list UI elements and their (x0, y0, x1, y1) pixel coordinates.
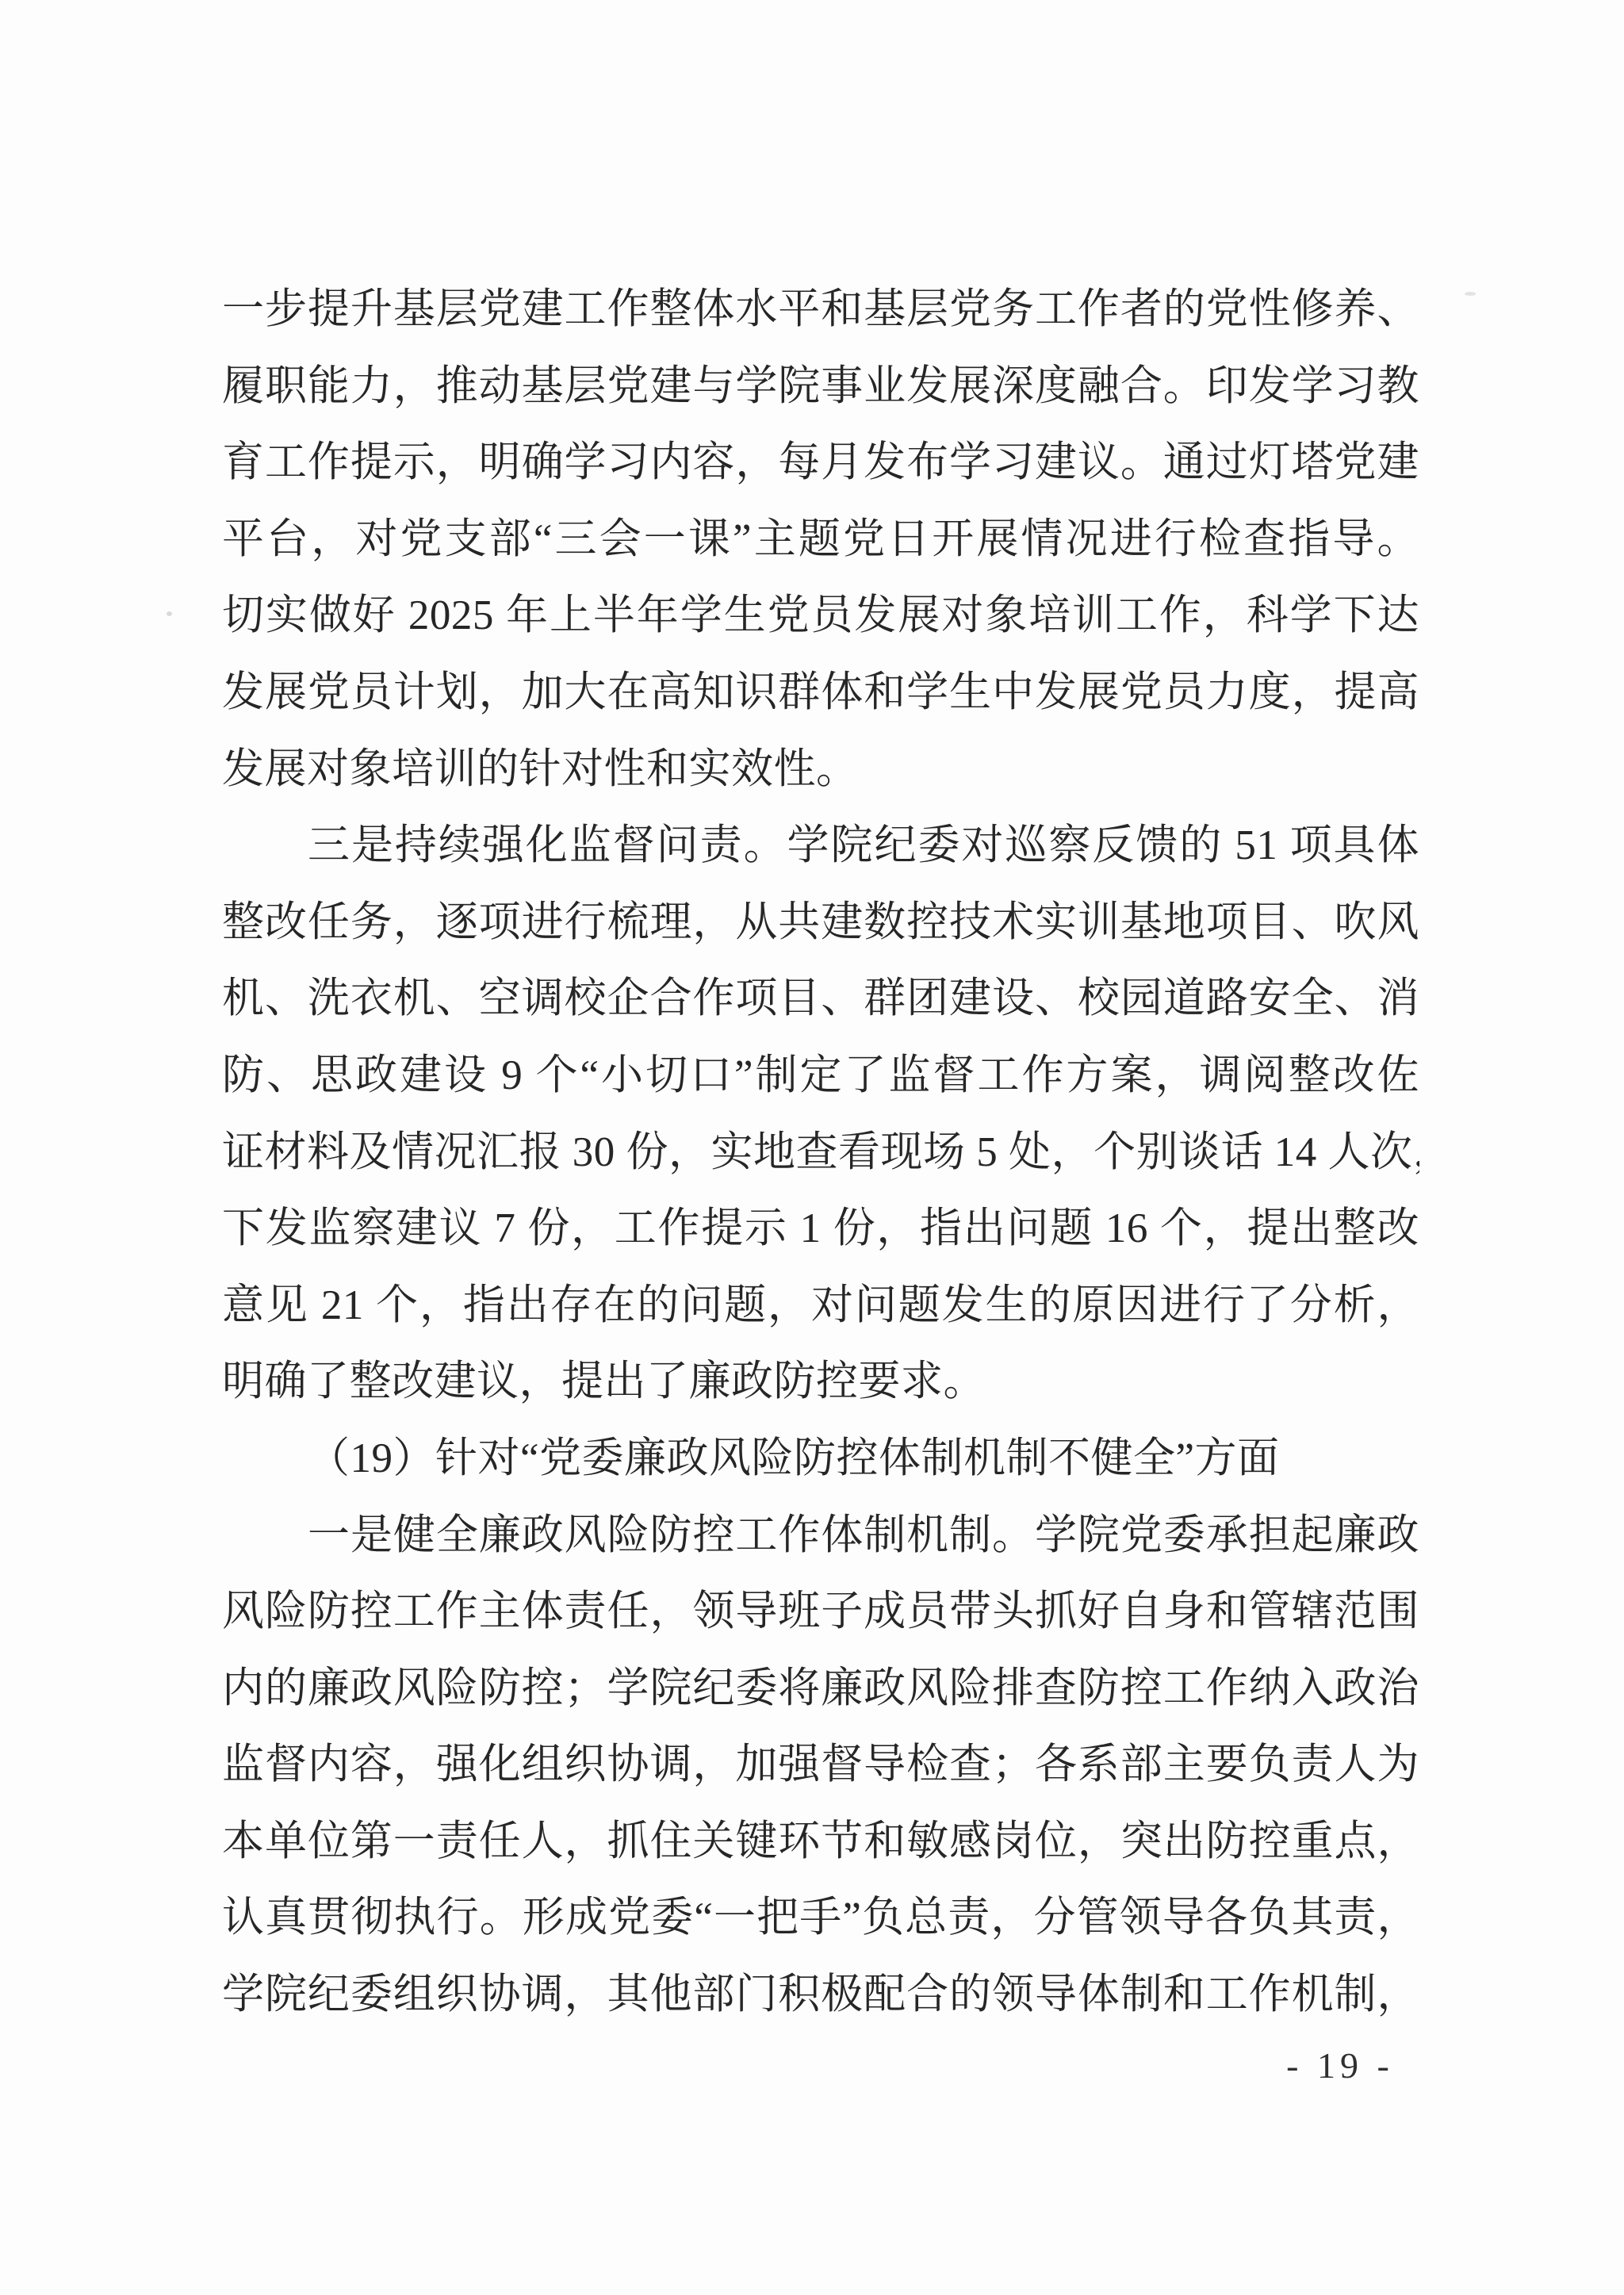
scan-speck (1465, 292, 1476, 296)
document-page: 一步提升基层党建工作整体水平和基层党务工作者的党性修养、 履职能力，推动基层党建… (0, 0, 1624, 2295)
text-line: （19）针对“党委廉政风险防控体制机制不健全”方面 (222, 1420, 1419, 1497)
text-line: 育工作提示，明确学习内容，每月发布学习建议。通过灯塔党建 (222, 424, 1419, 501)
text-line: 整改任务，逐项进行梳理，从共建数控技术实训基地项目、吹风 (222, 884, 1419, 961)
text-line: 下发监察建议 7 份，工作提示 1 份，指出问题 16 个，提出整改 (222, 1190, 1419, 1267)
scan-speck (167, 611, 172, 616)
text-line: 学院纪委组织协调，其他部门积极配合的领导体制和工作机制， (222, 1956, 1419, 2033)
text-line: 机、洗衣机、空调校企合作项目、群团建设、校园道路安全、消 (222, 960, 1419, 1037)
text-line: 认真贯彻执行。形成党委“一把手”负总责，分管领导各负其责， (222, 1879, 1419, 1956)
text-line: 切实做好 2025 年上半年学生党员发展对象培训工作，科学下达 (222, 577, 1419, 654)
text-line: 一是健全廉政风险防控工作体制机制。学院党委承担起廉政 (222, 1497, 1419, 1574)
text-line: 发展党员计划，加大在高知识群体和学生中发展党员力度，提高 (222, 654, 1419, 731)
text-line: 风险防控工作主体责任，领导班子成员带头抓好自身和管辖范围 (222, 1573, 1419, 1650)
text-line: 一步提升基层党建工作整体水平和基层党务工作者的党性修养、 (222, 271, 1419, 348)
text-line: 履职能力，推动基层党建与学院事业发展深度融合。印发学习教 (222, 348, 1419, 425)
document-body: 一步提升基层党建工作整体水平和基层党务工作者的党性修养、 履职能力，推动基层党建… (222, 271, 1419, 2033)
text-line: 平台，对党支部“三会一课”主题党日开展情况进行检查指导。 (222, 501, 1419, 578)
text-line: 监督内容，强化组织协调，加强督导检查；各系部主要负责人为 (222, 1726, 1419, 1803)
text-line: 本单位第一责任人，抓住关键环节和敏感岗位，突出防控重点， (222, 1803, 1419, 1880)
text-line: 三是持续强化监督问责。学院纪委对巡察反馈的 51 项具体 (222, 807, 1419, 884)
text-line: 内的廉政风险防控；学院纪委将廉政风险排查防控工作纳入政治 (222, 1650, 1419, 1727)
text-line: 意见 21 个，指出存在的问题，对问题发生的原因进行了分析， (222, 1267, 1419, 1344)
text-line: 证材料及情况汇报 30 份，实地查看现场 5 处，个别谈话 14 人次， (222, 1114, 1419, 1191)
text-line: 发展对象培训的针对性和实效性。 (222, 731, 1419, 808)
text-line: 明确了整改建议，提出了廉政防控要求。 (222, 1343, 1419, 1420)
page-number: - 19 - (1261, 2038, 1419, 2094)
text-line: 防、思政建设 9 个“小切口”制定了监督工作方案，调阅整改佐 (222, 1037, 1419, 1114)
